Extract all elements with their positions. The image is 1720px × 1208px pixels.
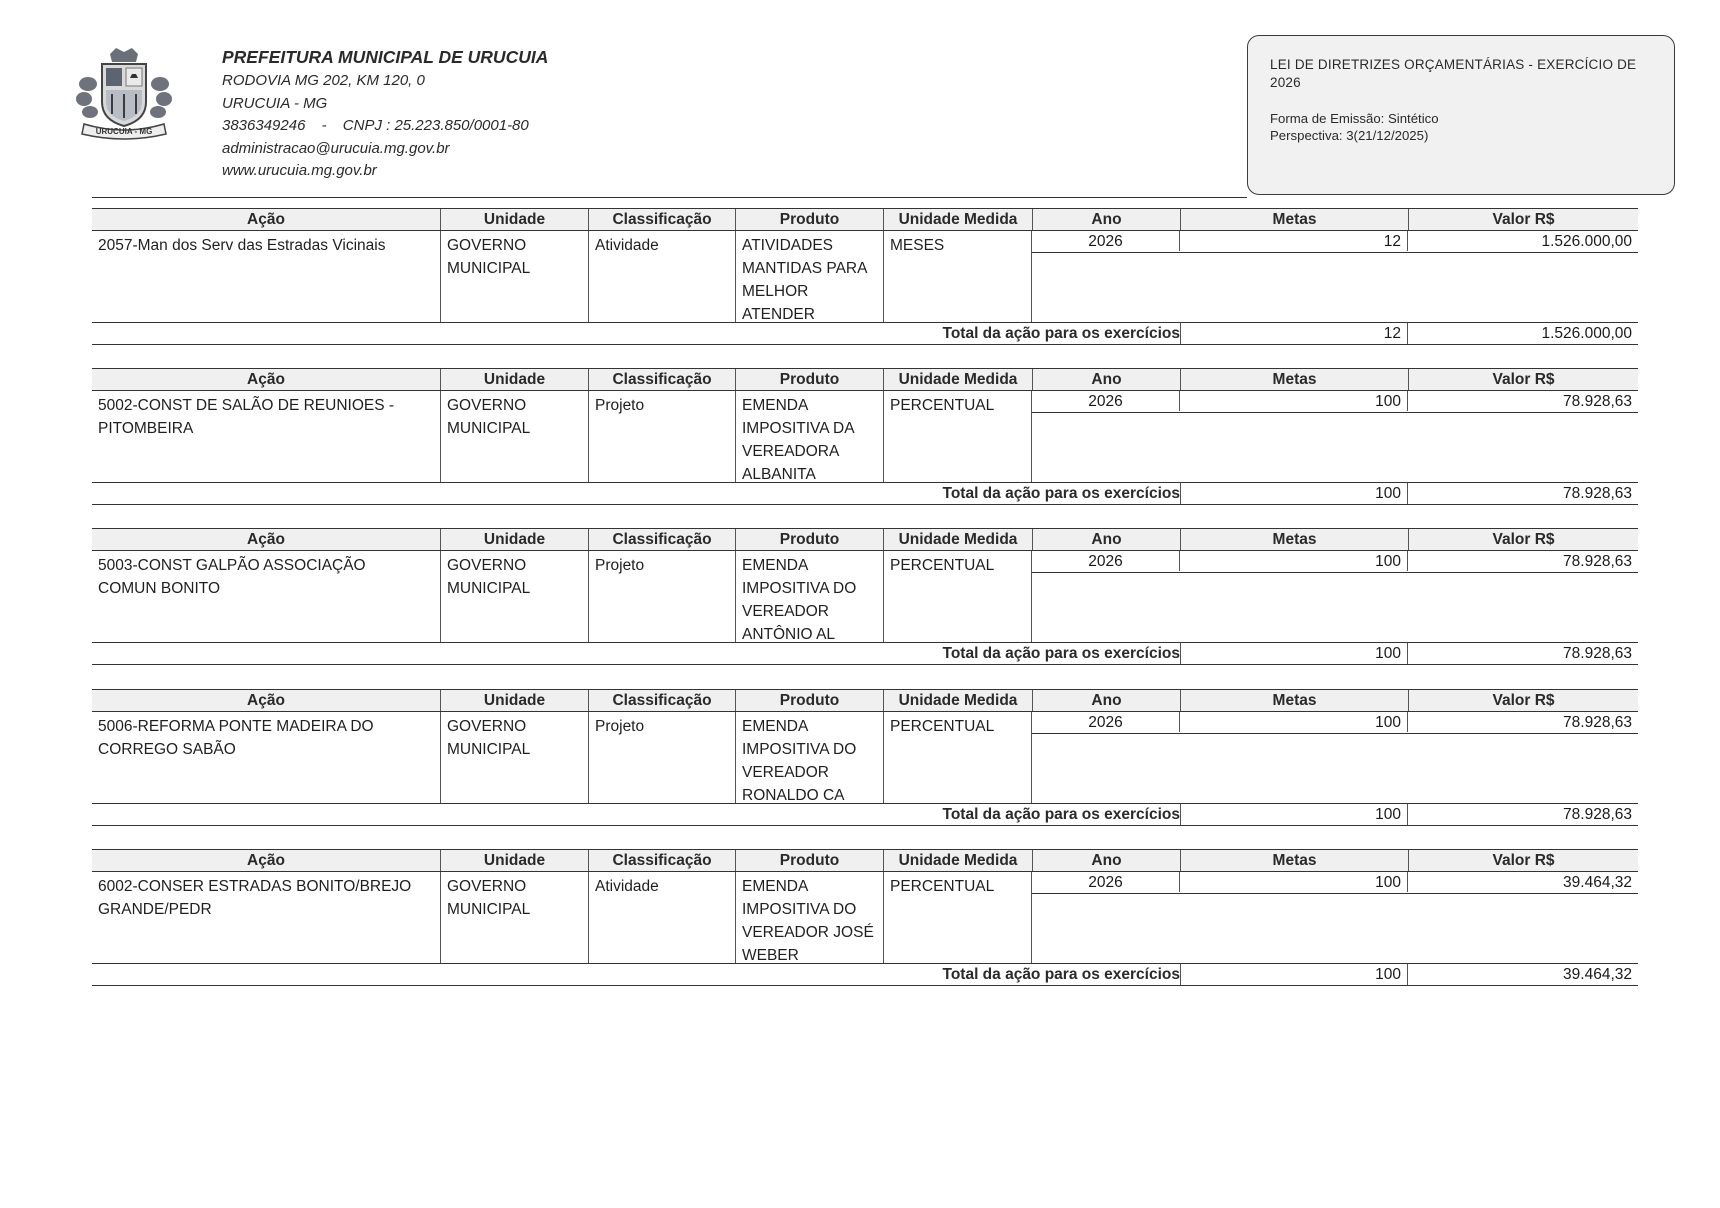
classificacao-cell: Projeto [589,391,735,417]
table-row: 5003-CONST GALPÃO ASSOCIAÇÃO COMUN BONIT… [92,551,1638,643]
table-header: Ação Unidade Classificação Produto Unida… [92,208,1638,231]
unidade-medida-cell: PERCENTUAL [884,872,1031,898]
phone-cnpj-line: 3836349246 - CNPJ : 25.223.850/0001-80 [222,115,548,138]
separator: - [322,115,327,138]
column-header-valor: Valor R$ [1408,690,1638,711]
classificacao-cell: Atividade [589,231,735,257]
total-metas: 100 [1180,804,1408,825]
metas-cell: 100 [1180,551,1408,571]
metas-cell: 100 [1180,872,1408,892]
classificacao-cell: Projeto [589,551,735,577]
column-header-valor: Valor R$ [1408,369,1638,390]
action-block: Ação Unidade Classificação Produto Unida… [92,528,1638,678]
column-header-acao: Ação [92,209,440,230]
total-valor: 78.928,63 [1408,643,1638,664]
email-link[interactable]: administracao@urucuia.mg.gov.br [222,138,548,161]
header-divider [92,197,1247,198]
total-row: Total da ação para os exercícios 100 78.… [92,804,1638,826]
unidade-cell: GOVERNO MUNICIPAL [441,712,588,761]
column-header-produto: Produto [735,369,883,390]
column-header-classificacao: Classificação [588,209,735,230]
total-row: Total da ação para os exercícios 100 39.… [92,964,1638,986]
total-valor: 1.526.000,00 [1408,323,1638,344]
table-header: Ação Unidade Classificação Produto Unida… [92,368,1638,391]
produto-cell: EMENDA IMPOSITIVA DO VEREADOR JOSÉ WEBER [736,872,883,967]
produto-cell: EMENDA IMPOSITIVA DA VEREADORA ALBANITA [736,391,883,486]
total-label: Total da ação para os exercícios [943,323,1181,345]
ano-cell: 2026 [1032,551,1180,571]
column-header-classificacao: Classificação [588,529,735,550]
column-header-classificacao: Classificação [588,850,735,871]
organization-name: PREFEITURA MUNICIPAL DE URUCUIA [222,44,548,70]
perspective: Perspectiva: 3(21/12/2025) [1270,127,1656,144]
column-header-ano: Ano [1032,529,1180,550]
year-row: 2026 100 78.928,63 [1032,551,1638,573]
table-row: 5002-CONST DE SALÃO DE REUNIOES - PITOMB… [92,391,1638,483]
acao-cell: 2057-Man dos Serv das Estradas Vicinais [92,231,440,257]
valor-cell: 1.526.000,00 [1408,231,1638,251]
column-header-ano: Ano [1032,690,1180,711]
metas-cell: 12 [1180,231,1408,251]
year-row: 2026 100 78.928,63 [1032,712,1638,734]
valor-cell: 78.928,63 [1408,391,1638,411]
report-title: LEI DE DIRETRIZES ORÇAMENTÁRIAS - EXERCÍ… [1270,56,1656,92]
unidade-medida-cell: PERCENTUAL [884,551,1031,577]
column-header-metas: Metas [1180,529,1408,550]
total-label: Total da ação para os exercícios [943,804,1181,826]
total-valor: 39.464,32 [1408,964,1638,985]
classificacao-cell: Projeto [589,712,735,738]
column-header-unidade: Unidade [440,529,588,550]
total-row: Total da ação para os exercícios 100 78.… [92,483,1638,505]
column-header-valor: Valor R$ [1408,209,1638,230]
produto-cell: EMENDA IMPOSITIVA DO VEREADOR ANTÔNIO AL [736,551,883,646]
column-header-metas: Metas [1180,369,1408,390]
unidade-cell: GOVERNO MUNICIPAL [441,231,588,280]
valor-cell: 78.928,63 [1408,551,1638,571]
total-label: Total da ação para os exercícios [943,483,1181,505]
year-row: 2026 12 1.526.000,00 [1032,231,1638,253]
unidade-cell: GOVERNO MUNICIPAL [441,391,588,440]
acao-cell: 5003-CONST GALPÃO ASSOCIAÇÃO COMUN BONIT… [92,551,440,600]
ano-cell: 2026 [1032,872,1180,892]
total-row: Total da ação para os exercícios 12 1.52… [92,323,1638,345]
column-header-unidade-medida: Unidade Medida [883,850,1032,871]
valor-cell: 78.928,63 [1408,712,1638,732]
table-row: 2057-Man dos Serv das Estradas Vicinais … [92,231,1638,323]
total-valor: 78.928,63 [1408,483,1638,504]
emission-form: Forma de Emissão: Sintético [1270,110,1656,127]
classificacao-cell: Atividade [589,872,735,898]
ano-cell: 2026 [1032,391,1180,411]
produto-cell: EMENDA IMPOSITIVA DO VEREADOR RONALDO CA [736,712,883,807]
total-row: Total da ação para os exercícios 100 78.… [92,643,1638,665]
valor-cell: 39.464,32 [1408,872,1638,892]
table-row: 6002-CONSER ESTRADAS BONITO/BREJO GRANDE… [92,872,1638,964]
column-header-produto: Produto [735,850,883,871]
column-header-metas: Metas [1180,209,1408,230]
website-link[interactable]: www.urucuia.mg.gov.br [222,160,548,183]
acao-cell: 5002-CONST DE SALÃO DE REUNIOES - PITOMB… [92,391,440,440]
cnpj: CNPJ : 25.223.850/0001-80 [343,115,529,138]
table-header: Ação Unidade Classificação Produto Unida… [92,849,1638,872]
unidade-medida-cell: PERCENTUAL [884,391,1031,417]
column-header-ano: Ano [1032,850,1180,871]
unidade-medida-cell: PERCENTUAL [884,712,1031,738]
column-header-produto: Produto [735,209,883,230]
organization-info: PREFEITURA MUNICIPAL DE URUCUIA RODOVIA … [222,44,548,183]
phone: 3836349246 [222,115,305,138]
column-header-metas: Metas [1180,850,1408,871]
svg-text:URUCUIA - MG: URUCUIA - MG [96,127,153,136]
total-label: Total da ação para os exercícios [943,643,1181,665]
column-header-metas: Metas [1180,690,1408,711]
column-header-unidade: Unidade [440,850,588,871]
action-block: Ação Unidade Classificação Produto Unida… [92,208,1638,358]
metas-cell: 100 [1180,391,1408,411]
column-header-ano: Ano [1032,369,1180,390]
column-header-produto: Produto [735,690,883,711]
total-valor: 78.928,63 [1408,804,1638,825]
year-row: 2026 100 78.928,63 [1032,391,1638,413]
column-header-unidade-medida: Unidade Medida [883,209,1032,230]
metas-cell: 100 [1180,712,1408,732]
column-header-acao: Ação [92,850,440,871]
column-header-unidade: Unidade [440,369,588,390]
ano-cell: 2026 [1032,231,1180,251]
column-header-acao: Ação [92,529,440,550]
unidade-medida-cell: MESES [884,231,1031,257]
total-metas: 100 [1180,643,1408,664]
action-block: Ação Unidade Classificação Produto Unida… [92,368,1638,518]
total-label: Total da ação para os exercícios [943,964,1181,986]
city: URUCUIA - MG [222,93,548,116]
acao-cell: 6002-CONSER ESTRADAS BONITO/BREJO GRANDE… [92,872,440,921]
total-metas: 100 [1180,483,1408,504]
column-header-valor: Valor R$ [1408,850,1638,871]
column-header-produto: Produto [735,529,883,550]
column-header-unidade-medida: Unidade Medida [883,529,1032,550]
column-header-acao: Ação [92,369,440,390]
table-row: 5006-REFORMA PONTE MADEIRA DO CORREGO SA… [92,712,1638,804]
unidade-cell: GOVERNO MUNICIPAL [441,872,588,921]
table-header: Ação Unidade Classificação Produto Unida… [92,528,1638,551]
action-block: Ação Unidade Classificação Produto Unida… [92,849,1638,999]
column-header-valor: Valor R$ [1408,529,1638,550]
year-row: 2026 100 39.464,32 [1032,872,1638,894]
column-header-acao: Ação [92,690,440,711]
produto-cell: ATIVIDADES MANTIDAS PARA MELHOR ATENDER [736,231,883,326]
total-metas: 100 [1180,964,1408,985]
unidade-cell: GOVERNO MUNICIPAL [441,551,588,600]
action-block: Ação Unidade Classificação Produto Unida… [92,689,1638,839]
municipal-coat-of-arms-icon: URUCUIA - MG [74,44,174,142]
column-header-classificacao: Classificação [588,690,735,711]
column-header-ano: Ano [1032,209,1180,230]
column-header-unidade: Unidade [440,209,588,230]
acao-cell: 5006-REFORMA PONTE MADEIRA DO CORREGO SA… [92,712,440,761]
total-metas: 12 [1180,323,1408,344]
column-header-unidade-medida: Unidade Medida [883,690,1032,711]
address: RODOVIA MG 202, KM 120, 0 [222,70,548,93]
column-header-unidade: Unidade [440,690,588,711]
report-info-box: LEI DE DIRETRIZES ORÇAMENTÁRIAS - EXERCÍ… [1247,35,1675,195]
table-header: Ação Unidade Classificação Produto Unida… [92,689,1638,712]
column-header-unidade-medida: Unidade Medida [883,369,1032,390]
ano-cell: 2026 [1032,712,1180,732]
column-header-classificacao: Classificação [588,369,735,390]
